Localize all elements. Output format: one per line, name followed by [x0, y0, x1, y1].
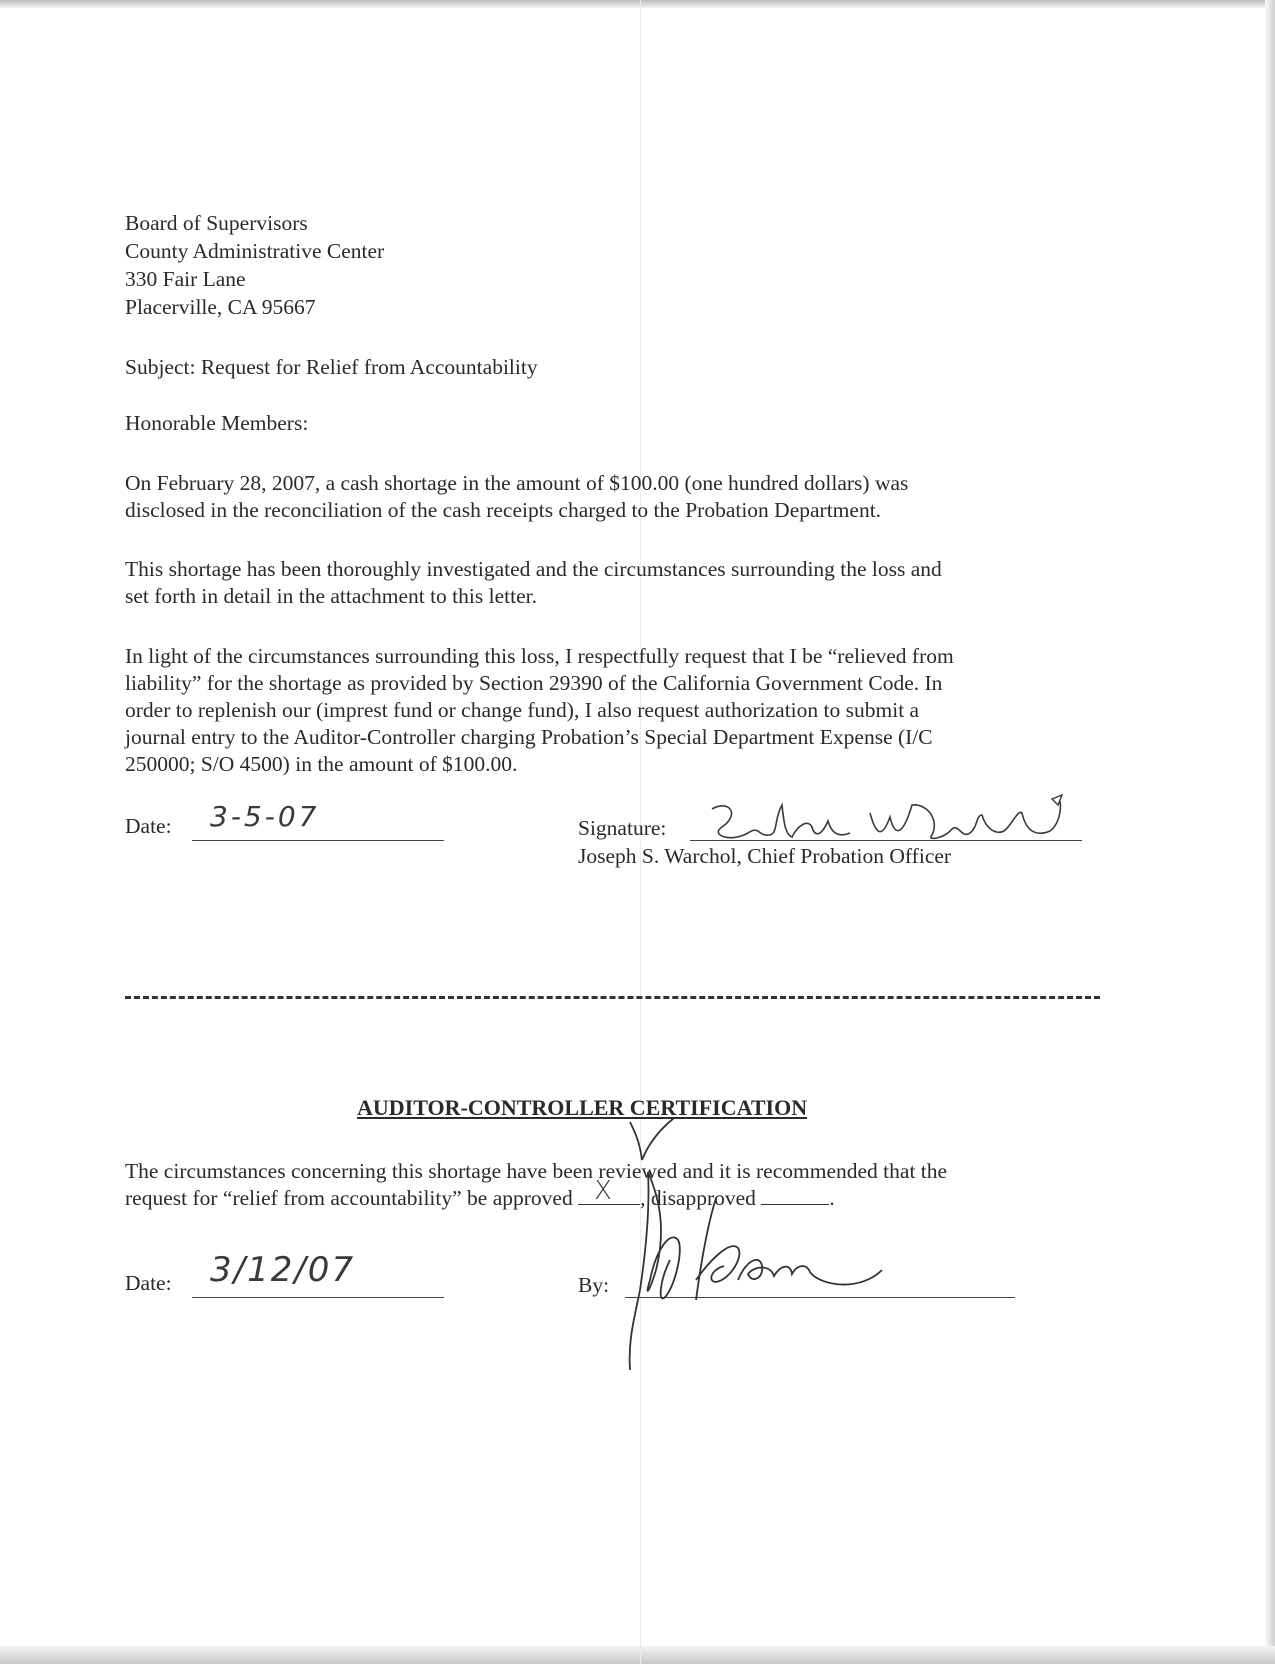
request-date-underline: [192, 840, 444, 841]
scan-top-edge: [0, 0, 1275, 8]
signer-name-title: Joseph S. Warchol, Chief Probation Offic…: [578, 843, 951, 870]
request-date-label: Date:: [125, 813, 172, 840]
scan-right-edge: [1265, 0, 1275, 1664]
auditor-signature: [620, 1170, 950, 1380]
certification-line-2-prefix: request for “relief from accountability”…: [125, 1186, 573, 1210]
approved-check-mark: X: [594, 1178, 612, 1205]
request-date-value: 3-5-07: [210, 800, 319, 833]
paragraph-1-line-2: disclosed in the reconciliation of the c…: [125, 497, 881, 524]
certification-date-underline: [192, 1297, 444, 1298]
paragraph-3-line-2: liability” for the shortage as provided …: [125, 670, 942, 697]
paragraph-3-line-5: 250000; S/O 4500) in the amount of $100.…: [125, 751, 517, 778]
paragraph-2-line-2: set forth in detail in the attachment to…: [125, 583, 537, 610]
certification-date-value: 3/12/07: [210, 1250, 355, 1290]
recipient-line-3: 330 Fair Lane: [125, 266, 246, 293]
section-divider: [125, 996, 1100, 999]
recipient-line-2: County Administrative Center: [125, 238, 384, 265]
paragraph-3-line-3: order to replenish our (imprest fund or …: [125, 697, 919, 724]
certification-heading: AUDITOR-CONTROLLER CERTIFICATION: [357, 1095, 807, 1121]
paragraph-3-line-4: journal entry to the Auditor-Controller …: [125, 724, 933, 751]
subject-line: Subject: Request for Relief from Account…: [125, 354, 538, 381]
by-label: By:: [578, 1272, 609, 1299]
paragraph-3-line-1: In light of the circumstances surroundin…: [125, 643, 954, 670]
salutation: Honorable Members:: [125, 410, 308, 437]
scan-bottom-edge: [0, 1646, 1275, 1664]
paragraph-1-line-1: On February 28, 2007, a cash shortage in…: [125, 470, 908, 497]
recipient-line-1: Board of Supervisors: [125, 210, 308, 237]
paragraph-2-line-1: This shortage has been thoroughly invest…: [125, 556, 942, 583]
recipient-line-4: Placerville, CA 95667: [125, 294, 316, 321]
signature-label: Signature:: [578, 815, 666, 842]
certification-date-label: Date:: [125, 1270, 172, 1297]
